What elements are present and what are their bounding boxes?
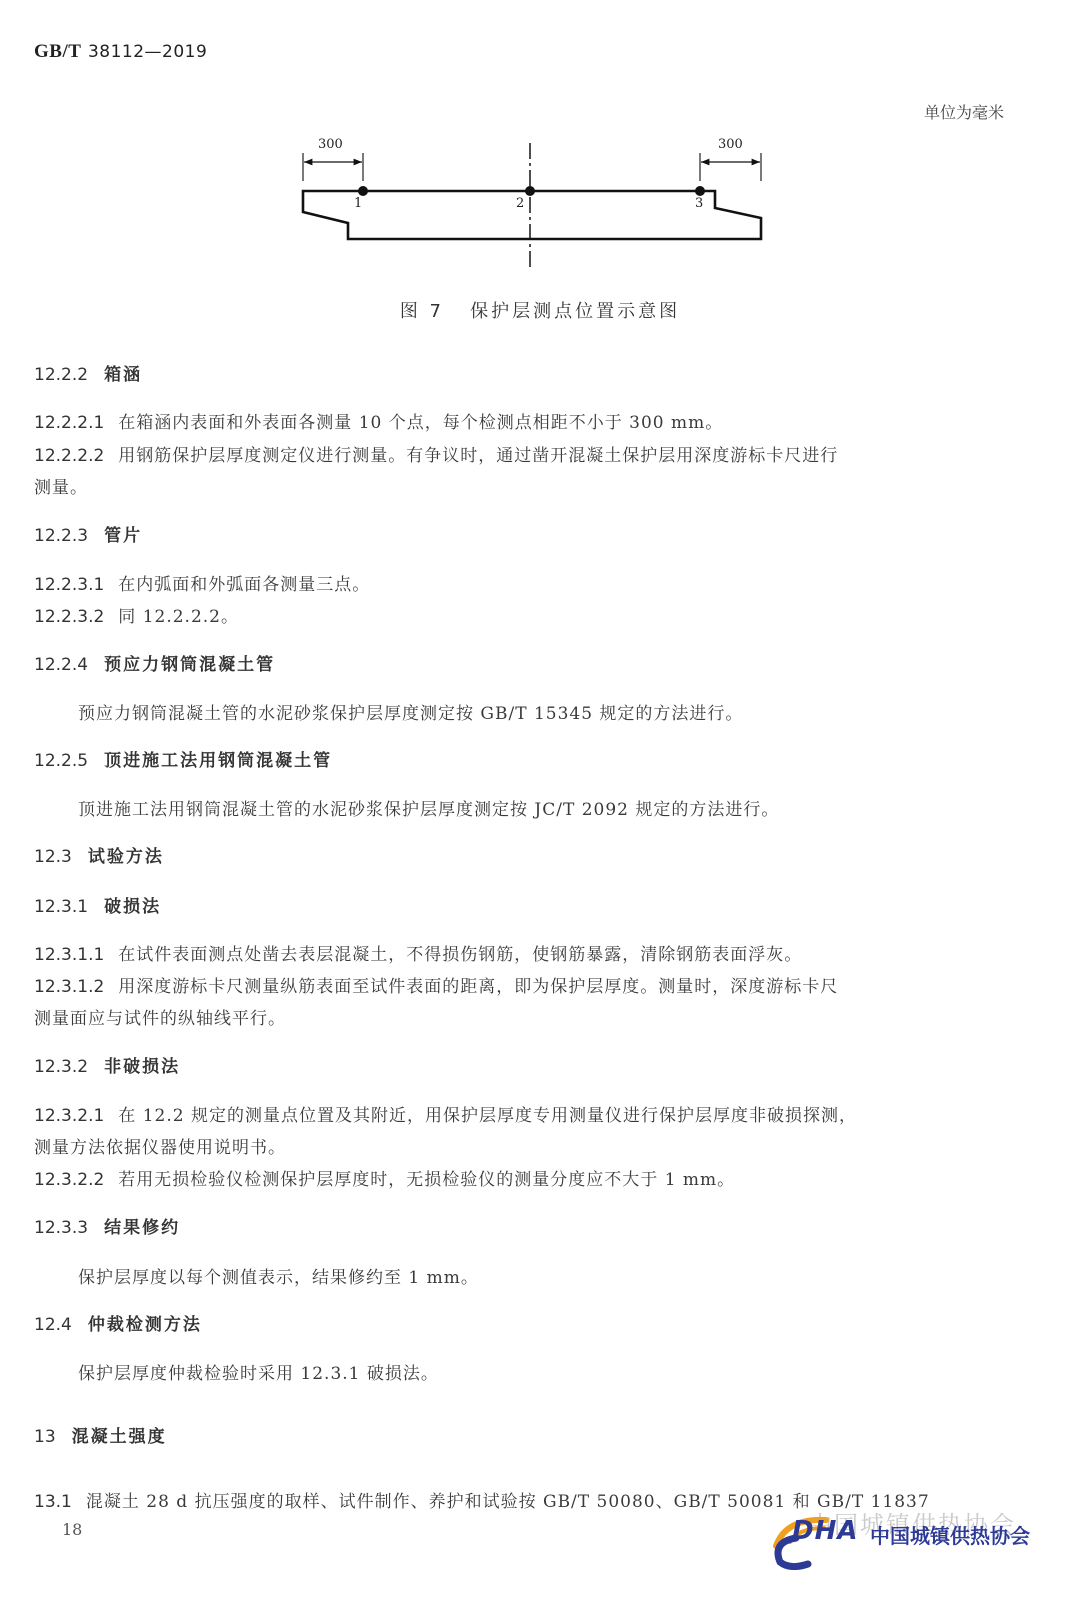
figure-title: 保护层测点位置示意图	[470, 301, 680, 322]
paragraph-12-3-3: 保护层厚度以每个测值表示，结果修约至 1 mm。	[78, 1263, 479, 1288]
measure-point-2	[525, 186, 535, 196]
clause-12-2-2-2-cont: 测量。	[34, 473, 88, 498]
point-label-3: 3	[695, 196, 703, 211]
section-heading-12-2-3: 12.2.3管片	[34, 521, 142, 546]
figure-number: 图 7	[400, 301, 444, 322]
dimension-label-left: 300	[318, 137, 343, 152]
section-heading-12-2-5: 12.2.5顶进施工法用钢筒混凝土管	[34, 746, 332, 771]
dimension-label-right: 300	[718, 137, 743, 152]
section-heading-12-2-4: 12.2.4预应力钢筒混凝土管	[34, 650, 275, 675]
section-heading-12-3-1: 12.3.1破损法	[34, 892, 161, 917]
clause-12-2-3-1: 12.2.3.1在内弧面和外弧面各测量三点。	[34, 570, 370, 595]
clause-12-3-2-2: 12.3.2.2若用无损检验仪检测保护层厚度时，无损检验仪的测量分度应不大于 1…	[34, 1165, 735, 1190]
clause-12-2-2-2: 12.2.2.2用钢筋保护层厚度测定仪进行测量。有争议时，通过凿开混凝土保护层用…	[34, 441, 838, 466]
section-heading-12-2-2: 12.2.2箱涵	[34, 360, 142, 385]
paragraph-12-2-4: 预应力钢筒混凝土管的水泥砂浆保护层厚度测定按 GB/T 15345 规定的方法进…	[78, 699, 743, 724]
section-heading-12-4: 12.4仲裁检测方法	[34, 1310, 202, 1335]
figure-caption: 图 7 保护层测点位置示意图	[0, 297, 1080, 323]
section-heading-12-3: 12.3试验方法	[34, 842, 164, 867]
logo-abbreviation: DHA	[792, 1516, 858, 1546]
measure-point-3	[695, 186, 705, 196]
measure-point-1	[358, 186, 368, 196]
page-number: 18	[62, 1520, 82, 1539]
clause-12-3-2-1-cont: 测量方法依据仪器使用说明书。	[34, 1133, 286, 1158]
section-heading-12-3-2: 12.3.2非破损法	[34, 1052, 180, 1077]
clause-12-2-2-1: 12.2.2.1在箱涵内表面和外表面各测量 10 个点，每个检测点相距不小于 3…	[34, 408, 723, 433]
clause-12-3-1-2-cont: 测量面应与试件的纵轴线平行。	[34, 1004, 286, 1029]
point-label-2: 2	[516, 196, 524, 211]
clause-13-1: 13.1混凝土 28 d 抗压强度的取样、试件制作、养护和试验按 GB/T 50…	[34, 1487, 930, 1512]
cover-measurement-diagram	[0, 0, 1080, 290]
paragraph-12-2-5: 顶进施工法用钢筒混凝土管的水泥砂浆保护层厚度测定按 JC/T 2092 规定的方…	[78, 795, 779, 820]
clause-12-3-2-1: 12.3.2.1在 12.2 规定的测量点位置及其附近，用保护层厚度专用测量仪进…	[34, 1101, 857, 1126]
section-heading-12-3-3: 12.3.3结果修约	[34, 1213, 180, 1238]
clause-12-2-3-2: 12.2.3.2同 12.2.2.2。	[34, 602, 239, 627]
point-label-1: 1	[354, 196, 362, 211]
logo-name: 中国城镇供热协会	[870, 1520, 1030, 1549]
clause-12-3-1-2: 12.3.1.2用深度游标卡尺测量纵筋表面至试件表面的距离，即为保护层厚度。测量…	[34, 972, 838, 997]
clause-12-3-1-1: 12.3.1.1在试件表面测点处凿去表层混凝土，不得损伤钢筋，使钢筋暴露，清除钢…	[34, 940, 802, 965]
section-heading-13: 13混凝土强度	[34, 1422, 167, 1447]
paragraph-12-4: 保护层厚度仲裁检验时采用 12.3.1 破损法。	[78, 1359, 439, 1384]
segment-outline	[303, 191, 761, 239]
